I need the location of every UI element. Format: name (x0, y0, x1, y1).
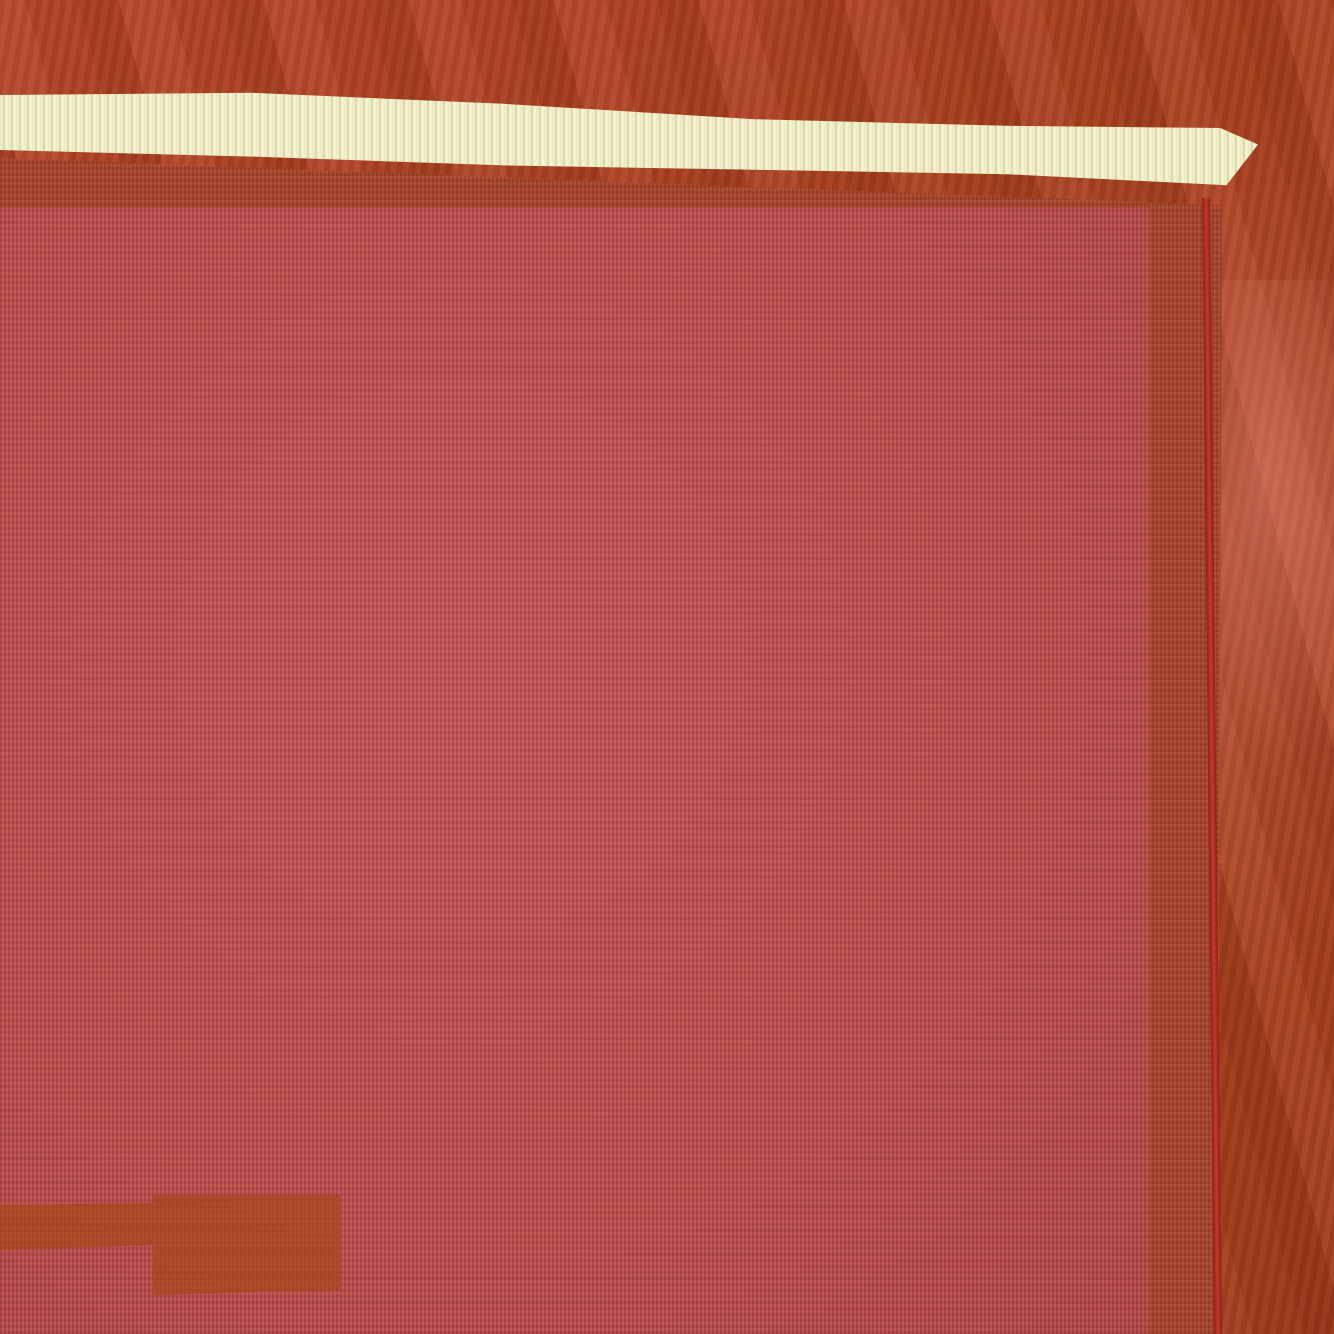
rug-back-field (0, 208, 1150, 1334)
rug-photo (0, 0, 1334, 1334)
